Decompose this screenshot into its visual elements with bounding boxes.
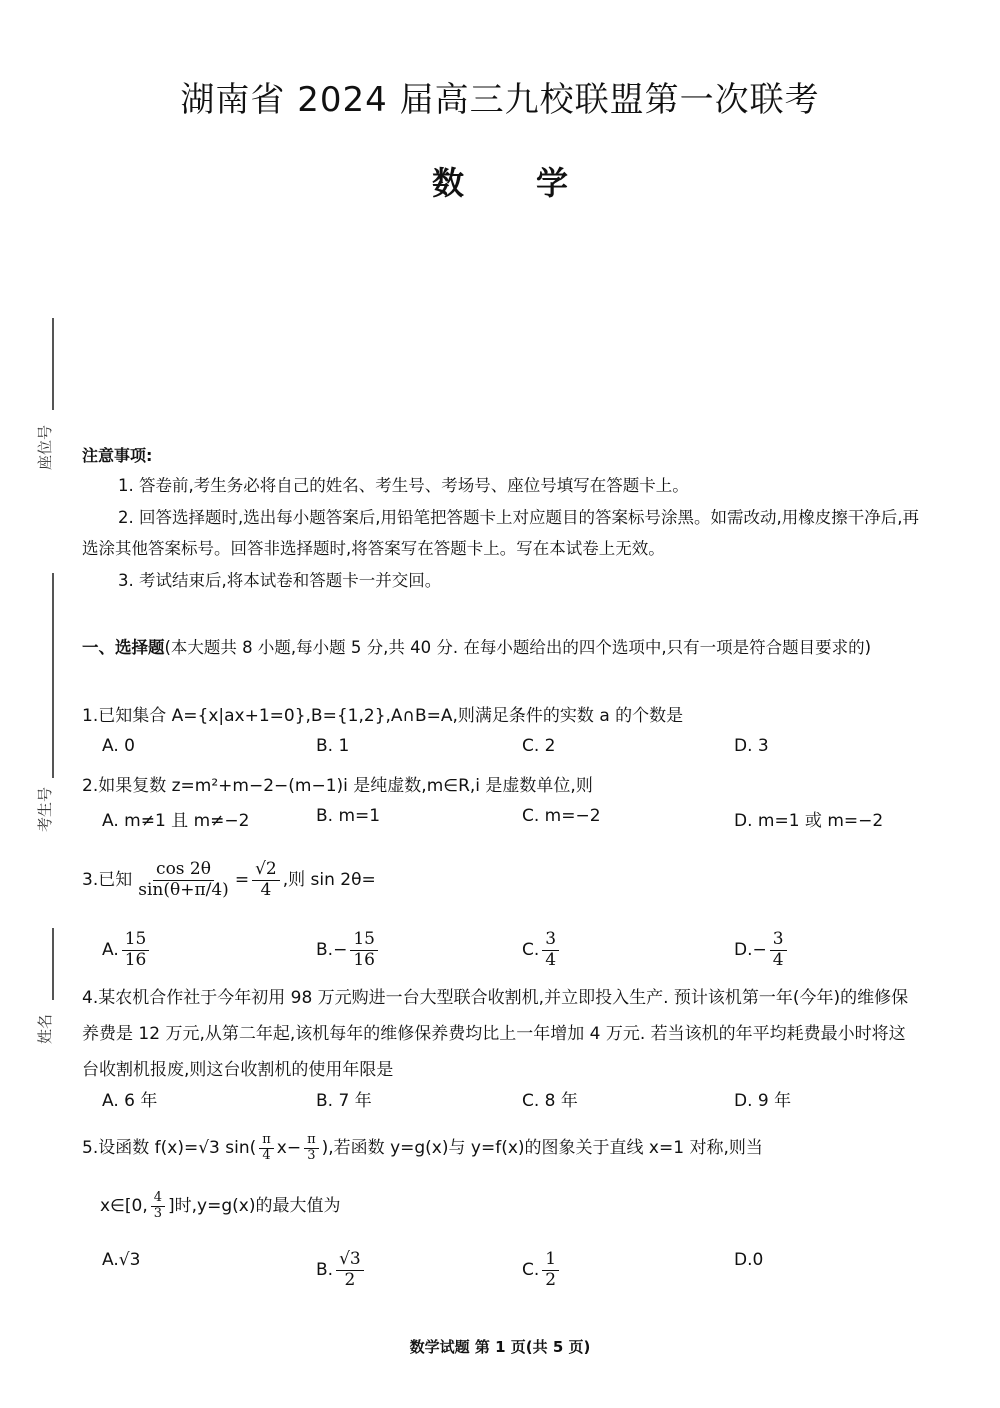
section-description: (本大题共 8 小题,每小题 5 分,共 40 分. 在每小题给出的四个选项中,…: [165, 638, 872, 657]
question-number: 2.: [82, 776, 98, 796]
option-b[interactable]: B. m=1: [316, 806, 380, 826]
fraction-denominator: 16: [122, 951, 150, 971]
option-d[interactable]: D. m=1 或 m=−2: [734, 806, 883, 831]
stem-line2-suffix: ]时,y=g(x)的最大值为: [168, 1190, 340, 1223]
option-b[interactable]: B. 1: [316, 736, 349, 756]
subject-title: 数学: [0, 158, 1000, 204]
option-a[interactable]: A. 0: [102, 736, 135, 756]
fraction-numerator: cos 2θ: [153, 860, 214, 881]
option-c[interactable]: C. 34: [522, 930, 562, 970]
stem-suffix: ),若函数 y=g(x)与 y=f(x)的图象关于直线 x=1 对称,则当: [322, 1132, 763, 1165]
fraction-denominator: 4: [259, 1149, 273, 1164]
fraction-denominator: 3: [151, 1207, 165, 1222]
fraction-numerator: π: [259, 1133, 274, 1149]
fraction-denominator: 16: [350, 951, 378, 971]
question-3-options: A. 1516 B.− 1516 C. 34 D.− 34: [102, 930, 922, 974]
option-label: A.: [102, 1250, 119, 1270]
option-value: 0: [753, 1250, 764, 1270]
option-fraction: 34: [542, 930, 559, 970]
option-c[interactable]: C. m=−2: [522, 806, 601, 826]
question-5-options: A.√3 B. √32 C. 12 D.0: [102, 1250, 922, 1294]
question-number: 1.: [82, 706, 98, 726]
option-a[interactable]: A. 1516: [102, 930, 152, 970]
option-label: C.: [522, 1260, 539, 1280]
option-fraction: 34: [770, 930, 787, 970]
seat-number-label: 座位号: [34, 425, 55, 470]
question-2-options: A. m≠1 且 m≠−2 B. m=1 C. m=−2 D. m=1 或 m=…: [102, 806, 922, 840]
question-5-line-1: 5. 设函数 f(x)=√3 sin( π4 x− π3 ),若函数 y=g(x…: [82, 1124, 922, 1172]
fraction-numerator: π: [304, 1133, 319, 1149]
stem-line2-prefix: x∈[0,: [100, 1190, 148, 1223]
candidate-number-label: 考生号: [34, 787, 55, 832]
option-c[interactable]: C. 12: [522, 1250, 562, 1290]
question-stem-prefix: 已知: [98, 864, 132, 897]
note-item-2: 2. 回答选择题时,选出每小题答案后,用铅笔把答题卡上对应题目的答案标号涂黑。如…: [82, 502, 922, 564]
option-label: D.: [734, 940, 753, 960]
question-5-line-2: x∈[0, 43 ]时,y=g(x)的最大值为: [100, 1182, 940, 1230]
option-d[interactable]: D. 3: [734, 736, 769, 756]
fraction-denominator: 4: [542, 951, 559, 971]
fraction-denominator: 2: [542, 1271, 559, 1291]
option-label: B.: [316, 1260, 333, 1280]
fraction-numerator: 15: [350, 930, 378, 951]
option-label: D.: [734, 1250, 753, 1270]
option-a[interactable]: A. m≠1 且 m≠−2: [102, 806, 249, 831]
option-d[interactable]: D.− 34: [734, 930, 790, 970]
option-fraction: √32: [336, 1250, 364, 1290]
question-2: 2.如果复数 z=m²+m−2−(m−1)i 是纯虚数,m∈R,i 是虚数单位,…: [82, 770, 922, 803]
fraction-numerator: √2: [252, 860, 280, 881]
question-number: 3.: [82, 864, 98, 897]
fraction-denominator: 3: [304, 1149, 318, 1164]
fraction-numerator: 3: [770, 930, 787, 951]
option-label: C.: [522, 940, 539, 960]
fraction-rhs: √2 4: [252, 860, 280, 900]
question-stem: 如果复数 z=m²+m−2−(m−1)i 是纯虚数,m∈R,i 是虚数单位,则: [98, 776, 593, 796]
question-stem: 某农机合作社于今年初用 98 万元购进一台大型联合收割机,并立即投入生产. 预计…: [82, 988, 908, 1080]
subject-char-2: 学: [536, 158, 568, 204]
option-label: B.: [316, 940, 333, 960]
section-heading: 一、选择题(本大题共 8 小题,每小题 5 分,共 40 分. 在每小题给出的四…: [82, 630, 922, 665]
option-fraction: 1516: [350, 930, 378, 970]
option-b[interactable]: B.− 1516: [316, 930, 381, 970]
fraction-lhs: cos 2θ sin(θ+π/4): [135, 860, 232, 900]
option-d[interactable]: D. 9 年: [734, 1086, 791, 1111]
option-c[interactable]: C. 2: [522, 736, 556, 756]
question-4-options: A. 6 年 B. 7 年 C. 8 年 D. 9 年: [102, 1086, 922, 1120]
note-item-3: 3. 考试结束后,将本试卷和答题卡一并交回。: [82, 565, 922, 596]
name-line: [52, 928, 54, 1000]
fraction-numerator: 1: [542, 1250, 559, 1271]
option-fraction: 12: [542, 1250, 559, 1290]
fraction-denominator: 2: [341, 1271, 358, 1291]
question-1: 1.已知集合 A={x|ax+1=0},B={1,2},A∩B=A,则满足条件的…: [82, 700, 922, 733]
question-1-options: A. 0 B. 1 C. 2 D. 3: [102, 736, 922, 770]
section-title: 一、选择题: [82, 638, 165, 657]
subject-char-1: 数: [432, 158, 464, 204]
question-4: 4.某农机合作社于今年初用 98 万元购进一台大型联合收割机,并立即投入生产. …: [82, 980, 922, 1088]
candidate-number-line: [52, 573, 54, 778]
option-c[interactable]: C. 8 年: [522, 1086, 578, 1111]
fraction-numerator: 3: [542, 930, 559, 951]
stem-mid: x−: [277, 1132, 301, 1165]
option-b[interactable]: B. √32: [316, 1250, 367, 1290]
page-footer: 数学试题 第 1 页(共 5 页): [0, 1336, 1000, 1357]
option-b[interactable]: B. 7 年: [316, 1086, 372, 1111]
question-stem-suffix: ,则 sin 2θ=: [283, 864, 376, 897]
option-fraction: 1516: [122, 930, 150, 970]
equals-sign: =: [235, 864, 249, 897]
option-sign: −: [333, 940, 347, 960]
option-label: A.: [102, 940, 119, 960]
fraction-numerator: 4: [151, 1191, 165, 1207]
seat-number-line: [52, 318, 54, 410]
notes-heading: 注意事项:: [82, 443, 152, 466]
option-value: √3: [119, 1250, 141, 1270]
fraction-denominator: 4: [257, 881, 274, 901]
fraction-pi-over-3: π3: [304, 1133, 319, 1164]
exam-title: 湖南省 2024 届高三九校联盟第一次联考: [0, 72, 1000, 121]
fraction-denominator: 4: [770, 951, 787, 971]
question-stem: 已知集合 A={x|ax+1=0},B={1,2},A∩B=A,则满足条件的实数…: [98, 706, 683, 726]
option-d[interactable]: D.0: [734, 1250, 763, 1270]
fraction-numerator: √3: [336, 1250, 364, 1271]
option-sign: −: [753, 940, 767, 960]
option-a[interactable]: A.√3: [102, 1250, 140, 1270]
question-number: 5.: [82, 1132, 98, 1165]
fraction-4-over-3: 43: [151, 1191, 165, 1222]
question-number: 4.: [82, 988, 98, 1008]
question-3: 3. 已知 cos 2θ sin(θ+π/4) = √2 4 ,则 sin 2θ…: [82, 848, 922, 912]
note-item-1: 1. 答卷前,考生务必将自己的姓名、考生号、考场号、座位号填写在答题卡上。: [82, 470, 922, 501]
fraction-pi-over-4: π4: [259, 1133, 274, 1164]
fraction-numerator: 15: [122, 930, 150, 951]
stem-prefix: 设函数 f(x)=√3 sin(: [98, 1132, 256, 1165]
fraction-denominator: sin(θ+π/4): [135, 881, 232, 901]
option-a[interactable]: A. 6 年: [102, 1086, 157, 1111]
name-label: 姓名: [34, 1014, 55, 1044]
